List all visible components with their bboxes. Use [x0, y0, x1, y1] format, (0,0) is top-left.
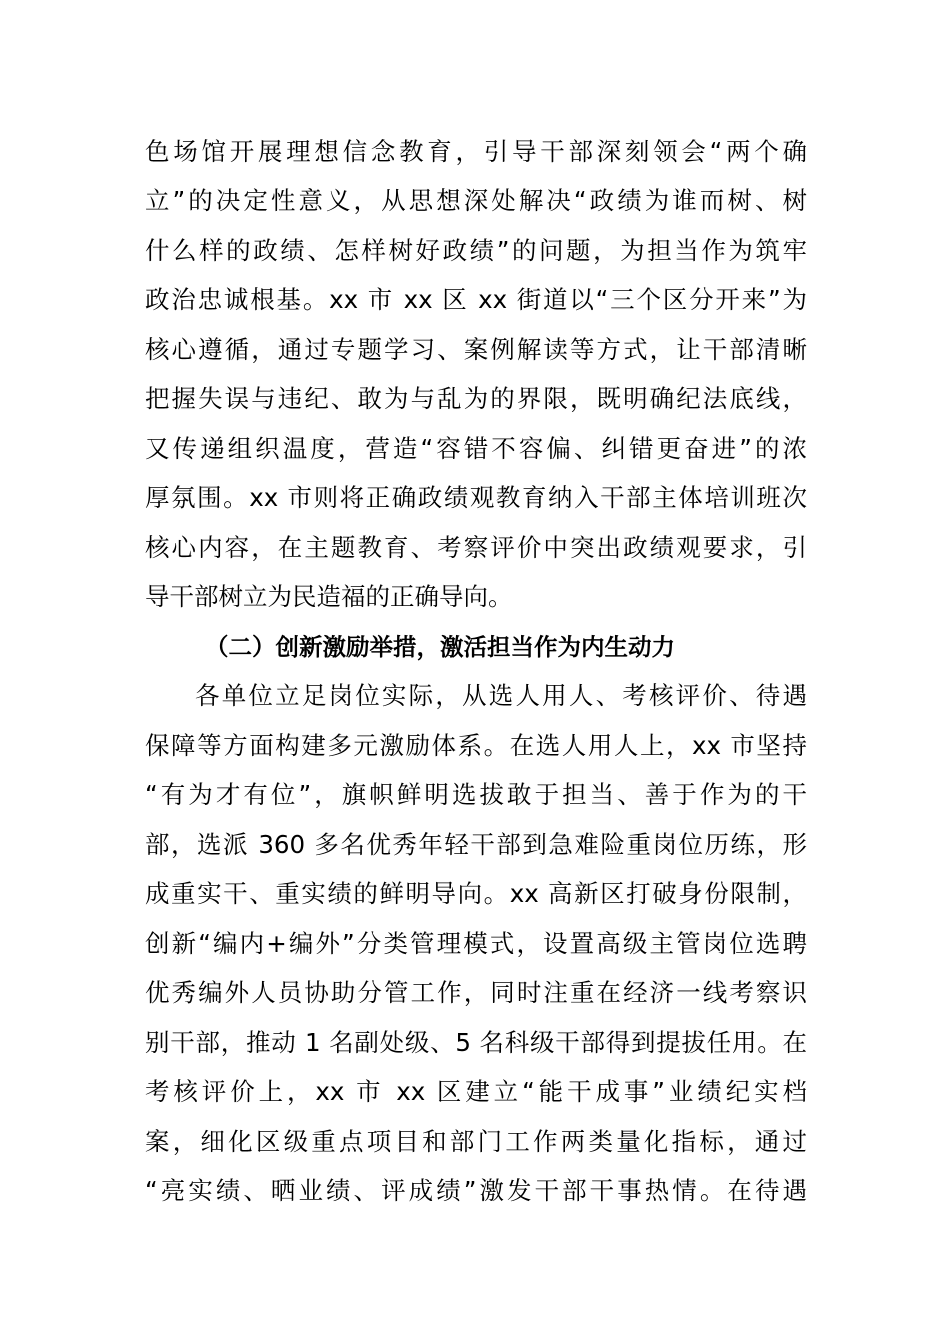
text-line: “亮实绩、晒业绩、评成绩”激发干部干事热情。在待遇: [145, 1171, 807, 1211]
text-line: 案，细化区级重点项目和部门工作两类量化指标，通过: [145, 1122, 807, 1162]
text-line: 各单位立足岗位实际，从选人用人、考核评价、待遇: [195, 676, 807, 716]
section-heading: （二）创新激励举措，激活担当作为内生动力: [205, 627, 675, 667]
text-line: 优秀编外人员协助分管工作，同时注重在经济一线考察识: [145, 973, 807, 1013]
text-line: 成重实干、重实绩的鲜明导向。xx 高新区打破身份限制，: [145, 874, 807, 914]
text-line: 把握失误与违纪、敢为与乱为的界限，既明确纪法底线，: [145, 379, 807, 419]
text-line: 别干部，推动 1 名副处级、5 名科级干部得到提拔任用。在: [145, 1023, 807, 1063]
text-line: 什么样的政绩、怎样树好政绩”的问题，为担当作为筑牢: [145, 231, 807, 271]
text-line: 部，选派 360 多名优秀年轻干部到急难险重岗位历练，形: [145, 825, 807, 865]
text-line: 考核评价上，xx 市 xx 区建立“能干成事”业绩纪实档: [145, 1072, 807, 1112]
text-line: 厚氛围。xx 市则将正确政绩观教育纳入干部主体培训班次: [145, 478, 807, 518]
text-line: 又传递组织温度，营造“容错不容偏、纠错更奋进”的浓: [145, 429, 807, 469]
text-line: 保障等方面构建多元激励体系。在选人用人上，xx 市坚持: [145, 726, 807, 766]
text-line: 核心遵循，通过专题学习、案例解读等方式，让干部清晰: [145, 330, 807, 370]
document-page: 色场馆开展理想信念教育，引导干部深刻领会“两个确 立”的决定性意义，从思想深处解…: [0, 0, 950, 1344]
text-line: 核心内容，在主题教育、考察评价中突出政绩观要求，引: [145, 528, 807, 568]
text-line: 色场馆开展理想信念教育，引导干部深刻领会“两个确: [145, 132, 807, 172]
text-line: 政治忠诚根基。xx 市 xx 区 xx 街道以“三个区分开来”为: [145, 280, 807, 320]
text-line: 立”的决定性意义，从思想深处解决“政绩为谁而树、树: [145, 181, 807, 221]
text-line: 创新“编内+编外”分类管理模式，设置高级主管岗位选聘: [145, 924, 807, 964]
text-line: “有为才有位”，旗帜鲜明选拔敢于担当、善于作为的干: [145, 775, 807, 815]
text-line: 导干部树立为民造福的正确导向。: [145, 577, 807, 617]
